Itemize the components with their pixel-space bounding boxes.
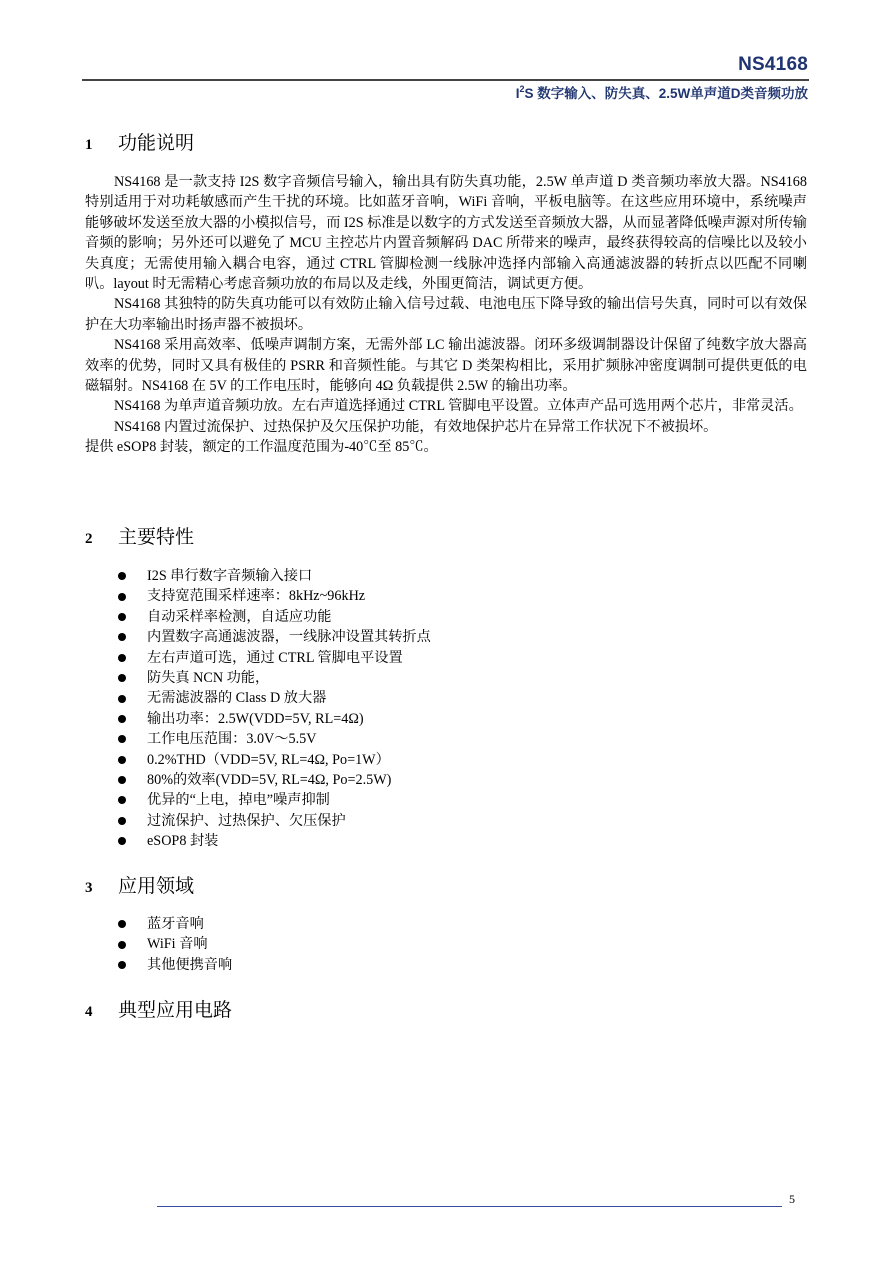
list-item: 过流保护、过热保护、欠压保护: [116, 811, 431, 831]
bullet-icon: [118, 961, 126, 969]
section-title: 典型应用电路: [118, 995, 232, 1022]
document-page: NS4168 I2S 数字输入、防失真、2.5W单声道D类音频功放 1 功能说明…: [0, 0, 892, 1263]
list-item: 蓝牙音响: [116, 914, 232, 934]
list-item-text: WiFi 音响: [147, 934, 208, 954]
section-number: 2: [85, 531, 118, 548]
header-product-name: NS4168: [738, 54, 808, 76]
list-item-text: 过流保护、过热保护、欠压保护: [147, 811, 346, 831]
list-item-text: 无需滤波器的 Class D 放大器: [147, 688, 326, 708]
subtitle-superscript: 2: [519, 84, 524, 94]
bullet-icon: [118, 695, 126, 703]
list-item: WiFi 音响: [116, 934, 232, 954]
section-title: 主要特性: [118, 522, 194, 549]
list-item-text: I2S 串行数字音频输入接口: [147, 566, 312, 586]
list-item-text: 防失真 NCN 功能，: [147, 668, 269, 688]
bullet-icon: [118, 735, 126, 743]
paragraph: NS4168 是一款支持 I2S 数字音频信号输入，输出具有防失真功能，2.5W…: [85, 172, 807, 294]
paragraph: NS4168 其独特的防失真功能可以有效防止输入信号过载、电池电压下降导致的输出…: [85, 294, 807, 335]
list-item-text: 工作电压范围：3.0V～5.5V: [147, 729, 316, 749]
list-item-text: 左右声道可选，通过 CTRL 管脚电平设置: [147, 648, 403, 668]
list-item: 其他便携音响: [116, 955, 232, 975]
bullet-icon: [118, 776, 126, 784]
bullet-icon: [118, 593, 126, 601]
page-number: 5: [789, 1192, 795, 1207]
footer-rule: [157, 1206, 782, 1207]
header-rule: [82, 79, 809, 81]
paragraph: NS4168 采用高效率、低噪声调制方案，无需外部 LC 输出滤波器。闭环多级调…: [85, 335, 807, 396]
bullet-icon: [118, 654, 126, 662]
bullet-icon: [118, 572, 126, 580]
section-heading-3: 3 应用领域: [85, 871, 194, 898]
list-item: 工作电压范围：3.0V～5.5V: [116, 729, 431, 749]
bullet-icon: [118, 941, 126, 949]
bullet-icon: [118, 796, 126, 804]
list-item-text: 输出功率：2.5W(VDD=5V, RL=4Ω): [147, 709, 364, 729]
bullet-icon: [118, 674, 126, 682]
list-item: 80%的效率(VDD=5V, RL=4Ω, Po=2.5W): [116, 770, 431, 790]
section-number: 3: [85, 880, 118, 897]
section-heading-2: 2 主要特性: [85, 522, 194, 549]
list-item-text: 内置数字高通滤波器，一线脉冲设置其转折点: [147, 627, 431, 647]
section-heading-4: 4 典型应用电路: [85, 995, 232, 1022]
list-item-text: 自动采样率检测，自适应功能: [147, 607, 331, 627]
paragraph: NS4168 内置过流保护、过热保护及欠压保护功能，有效地保护芯片在异常工作状况…: [85, 417, 807, 437]
list-item-text: eSOP8 封装: [147, 831, 218, 851]
bullet-icon: [118, 817, 126, 825]
list-item: 0.2%THD（VDD=5V, RL=4Ω, Po=1W）: [116, 750, 431, 770]
bullet-icon: [118, 920, 126, 928]
header-subtitle: I2S 数字输入、防失真、2.5W单声道D类音频功放: [516, 82, 808, 102]
bullet-icon: [118, 715, 126, 723]
section-title: 功能说明: [118, 128, 194, 155]
list-item: 输出功率：2.5W(VDD=5V, RL=4Ω): [116, 709, 431, 729]
section-number: 4: [85, 1004, 118, 1021]
list-item: 自动采样率检测，自适应功能: [116, 607, 431, 627]
paragraph: NS4168 为单声道音频功放。左右声道选择通过 CTRL 管脚电平设置。立体声…: [85, 396, 807, 416]
section-heading-1: 1 功能说明: [85, 128, 194, 155]
paragraph: 提供 eSOP8 封装，额定的工作温度范围为-40℃至 85℃。: [85, 437, 807, 457]
list-item: 优异的“上电，掉电”噪声抑制: [116, 790, 431, 810]
section-number: 1: [85, 137, 118, 154]
subtitle-text: S 数字输入、防失真、2.5W单声道D类音频功放: [524, 86, 808, 101]
list-item: 防失真 NCN 功能，: [116, 668, 431, 688]
list-item-text: 80%的效率(VDD=5V, RL=4Ω, Po=2.5W): [147, 770, 391, 790]
bullet-icon: [118, 756, 126, 764]
list-item: 内置数字高通滤波器，一线脉冲设置其转折点: [116, 627, 431, 647]
list-item: eSOP8 封装: [116, 831, 431, 851]
section-1-body: NS4168 是一款支持 I2S 数字音频信号输入，输出具有防失真功能，2.5W…: [85, 172, 807, 458]
list-item-text: 0.2%THD（VDD=5V, RL=4Ω, Po=1W）: [147, 750, 390, 770]
list-item-text: 支持宽范围采样速率：8kHz~96kHz: [147, 586, 365, 606]
section-title: 应用领域: [118, 871, 194, 898]
list-item: I2S 串行数字音频输入接口: [116, 566, 431, 586]
list-item: 无需滤波器的 Class D 放大器: [116, 688, 431, 708]
list-item-text: 优异的“上电，掉电”噪声抑制: [147, 790, 330, 810]
applications-list: 蓝牙音响 WiFi 音响 其他便携音响: [116, 914, 232, 975]
features-list: I2S 串行数字音频输入接口 支持宽范围采样速率：8kHz~96kHz 自动采样…: [116, 566, 431, 851]
list-item: 左右声道可选，通过 CTRL 管脚电平设置: [116, 648, 431, 668]
list-item-text: 蓝牙音响: [147, 914, 204, 934]
bullet-icon: [118, 633, 126, 641]
bullet-icon: [118, 837, 126, 845]
bullet-icon: [118, 613, 126, 621]
list-item-text: 其他便携音响: [147, 955, 232, 975]
list-item: 支持宽范围采样速率：8kHz~96kHz: [116, 586, 431, 606]
